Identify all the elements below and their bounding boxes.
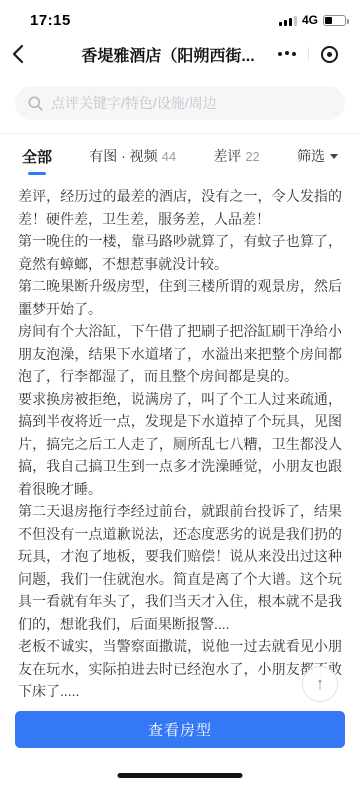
chevron-down-icon	[330, 154, 338, 159]
tab-bad-label: 差评	[213, 146, 241, 166]
arrow-up-icon: ↑	[316, 674, 325, 694]
view-rooms-button[interactable]: 查看房型	[15, 711, 345, 748]
review-filter-tabs: 全部 有图 · 视频 44 差评 22 筛选	[0, 134, 360, 178]
search-box[interactable]	[15, 86, 345, 120]
back-button[interactable]	[12, 32, 44, 76]
tab-filter-label: 筛选	[297, 146, 325, 166]
review-paragraph: 第二天退房拖行李经过前台，就跟前台投诉了，结果不但没有一点道歉说法，还态度恶劣的…	[18, 500, 342, 635]
tab-filter[interactable]: 筛选	[297, 146, 338, 166]
record-circle-icon[interactable]	[321, 46, 338, 63]
tab-with-photos-videos[interactable]: 有图 · 视频 44	[89, 146, 176, 166]
tab-all-label: 全部	[22, 146, 52, 167]
bottom-action-bar: 查看房型	[0, 703, 360, 787]
review-paragraph: 差评，经历过的最差的酒店，没有之一，令人发指的差！硬件差，卫生差，服务差，人品差…	[18, 185, 342, 230]
hotel-reviews-screen: 17:15 4G 香堤雅酒店（阳朔西街...	[0, 0, 360, 787]
miniprogram-capsule	[268, 41, 348, 67]
search-input[interactable]	[51, 95, 332, 111]
review-paragraph: 房间有个大浴缸，下午借了把刷子把浴缸刷干净给小朋友泡澡，结果下水道堵了，水溢出来…	[18, 320, 342, 388]
review-paragraph: 老板不诚实，当警察面撒谎，说他一过去就看见小朋友在玩水，实际拍进去时已经泡水了，…	[18, 635, 342, 703]
scroll-to-top-button[interactable]: ↑	[302, 666, 338, 702]
tab-all[interactable]: 全部	[22, 146, 52, 167]
review-content: 差评，经历过的最差的酒店，没有之一，令人发指的差！硬件差，卫生差，服务差，人品差…	[0, 178, 360, 748]
review-paragraph: 第一晚住的一楼，靠马路吵就算了，有蚊子也算了，竟然有蟑螂，不想惹事就没计较。	[18, 230, 342, 275]
nav-bar: 香堤雅酒店（阳朔西街...	[0, 32, 360, 76]
chevron-left-icon	[12, 44, 24, 64]
tab-bad-count: 22	[245, 149, 259, 164]
battery-icon	[323, 15, 346, 26]
home-indicator[interactable]	[118, 773, 243, 778]
network-type-label: 4G	[302, 13, 318, 27]
search-section	[0, 76, 360, 134]
tab-photos-label: 有图 · 视频	[89, 146, 157, 166]
more-options-icon[interactable]	[278, 52, 308, 56]
tab-bad-reviews[interactable]: 差评 22	[213, 146, 259, 166]
capsule-divider	[308, 47, 309, 61]
cellular-signal-icon	[279, 15, 297, 26]
status-icons: 4G	[279, 13, 346, 27]
review-paragraph: 要求换房被拒绝，说满房了，叫了个工人过来疏通，搞到半夜将近一点，发现是下水道掉了…	[18, 388, 342, 501]
selected-tab-indicator	[28, 172, 46, 175]
page-title: 香堤雅酒店（阳朔西街...	[72, 43, 264, 66]
review-paragraph: 第二晚果断升级房型，住到三楼所谓的观景房，然后噩梦开始了。	[18, 275, 342, 320]
status-bar: 17:15 4G	[0, 0, 360, 32]
search-icon	[28, 96, 43, 111]
tab-photos-count: 44	[162, 149, 176, 164]
status-time: 17:15	[30, 12, 71, 29]
